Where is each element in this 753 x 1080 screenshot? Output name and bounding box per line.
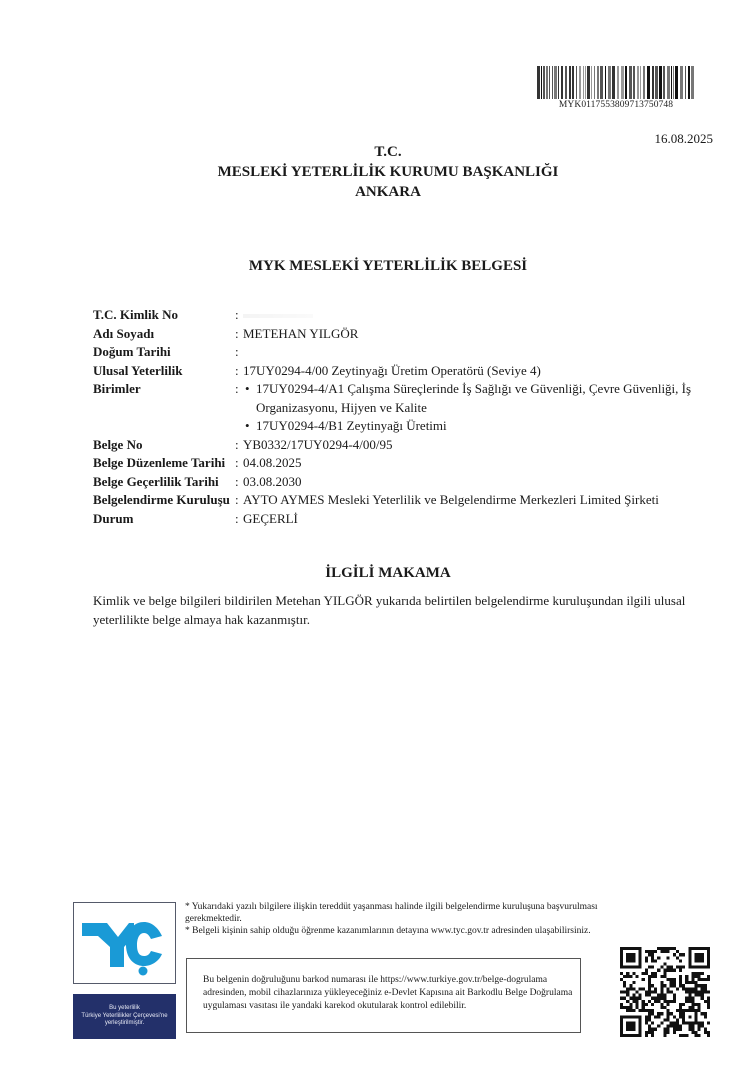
footnote-1: * Yukarıdaki yazılı bilgilere ilişkin te…	[185, 901, 605, 925]
institution-header: T.C. MESLEKİ YETERLİLİK KURUMU BAŞKANLIĞ…	[0, 142, 753, 202]
row-belge-no: Belge No : YB0332/17UY0294-4/00/95	[93, 436, 733, 455]
value-gecerlilik-tarihi: 03.08.2030	[243, 473, 733, 492]
label-kurulus: Belgelendirme Kuruluşu	[93, 491, 235, 510]
birim-item: 17UY0294-4/B1 Zeytinyağı Üretimi	[243, 417, 733, 436]
ilgili-makama-title: İLGİLİ MAKAMA	[0, 565, 753, 582]
header-line-tc: T.C.	[0, 142, 753, 162]
colon: :	[235, 491, 243, 510]
verification-line-1: Bu belgenin doğruluğunu barkod numarası …	[203, 974, 580, 987]
tyc-logo	[73, 902, 176, 984]
row-dogum-tarihi: Doğum Tarihi :	[93, 343, 733, 362]
footnotes: * Yukarıdaki yazılı bilgilere ilişkin te…	[185, 901, 605, 937]
document-title: MYK MESLEKİ YETERLİLİK BELGESİ	[0, 258, 753, 275]
colon: :	[235, 473, 243, 492]
certificate-info-table: T.C. Kimlik No : Adı Soyadı : METEHAN YI…	[93, 306, 733, 528]
value-dogum-tarihi	[243, 343, 733, 362]
birim-item: 17UY0294-4/A1 Çalışma Süreçlerinde İş Sa…	[243, 380, 733, 417]
tyc-badge: Bu yeterlilik Türkiye Yeterlilikler Çerç…	[73, 994, 176, 1039]
barcode-number: MYK0117553809713750748	[536, 100, 696, 110]
value-durum: GEÇERLİ	[243, 510, 733, 529]
tyc-badge-line: Türkiye Yeterlilikler Çerçevesi'ne	[73, 1013, 176, 1021]
value-birimler: 17UY0294-4/A1 Çalışma Süreçlerinde İş Sa…	[243, 380, 733, 436]
colon: :	[235, 343, 243, 362]
tyc-logo-icon	[74, 903, 174, 982]
value-ulusal-yeterlilik: 17UY0294-4/00 Zeytinyağı Üretim Operatör…	[243, 362, 733, 381]
label-duzenleme-tarihi: Belge Düzenleme Tarihi	[93, 454, 235, 473]
tyc-badge-line: Bu yeterlilik	[73, 1005, 176, 1013]
colon: :	[235, 510, 243, 529]
colon: :	[235, 362, 243, 381]
label-adi-soyadi: Adı Soyadı	[93, 325, 235, 344]
value-duzenleme-tarihi: 04.08.2025	[243, 454, 733, 473]
value-belge-no: YB0332/17UY0294-4/00/95	[243, 436, 733, 455]
header-line-city: ANKARA	[0, 182, 753, 202]
ilgili-makama-body: Kimlik ve belge bilgileri bildirilen Met…	[93, 591, 733, 629]
colon: :	[235, 325, 243, 344]
qr-code[interactable]	[620, 947, 710, 1037]
barcode-bars	[536, 66, 696, 99]
value-adi-soyadi: METEHAN YILGÖR	[243, 325, 733, 344]
verification-line-3: uygulaması vasıtası ile yandaki karekod …	[203, 1000, 580, 1013]
label-gecerlilik-tarihi: Belge Geçerlilik Tarihi	[93, 473, 235, 492]
footnote-2: * Belgeli kişinin sahip olduğu öğrenme k…	[185, 925, 605, 937]
verification-box: Bu belgenin doğruluğunu barkod numarası …	[186, 958, 581, 1033]
row-tc-kimlik-no: T.C. Kimlik No :	[93, 306, 733, 325]
value-kurulus: AYTO AYMES Mesleki Yeterlilik ve Belgele…	[243, 491, 733, 510]
verification-line-2: adresinden, mobil cihazlarınıza yükleyec…	[203, 987, 580, 1000]
value-tc-kimlik-no	[243, 306, 733, 325]
row-durum: Durum : GEÇERLİ	[93, 510, 733, 529]
label-dogum-tarihi: Doğum Tarihi	[93, 343, 235, 362]
label-ulusal-yeterlilik: Ulusal Yeterlilik	[93, 362, 235, 381]
tyc-badge-line: yerleştirilmiştir.	[73, 1020, 176, 1028]
colon: :	[235, 436, 243, 455]
row-gecerlilik-tarihi: Belge Geçerlilik Tarihi : 03.08.2030	[93, 473, 733, 492]
row-adi-soyadi: Adı Soyadı : METEHAN YILGÖR	[93, 325, 733, 344]
label-durum: Durum	[93, 510, 235, 529]
barcode: MYK0117553809713750748	[536, 66, 696, 110]
row-duzenleme-tarihi: Belge Düzenleme Tarihi : 04.08.2025	[93, 454, 733, 473]
colon: :	[235, 380, 243, 436]
label-tc-kimlik-no: T.C. Kimlik No	[93, 306, 235, 325]
row-kurulus: Belgelendirme Kuruluşu : AYTO AYMES Mesl…	[93, 491, 733, 510]
header-line-institution: MESLEKİ YETERLİLİK KURUMU BAŞKANLIĞI	[0, 162, 753, 182]
row-ulusal-yeterlilik: Ulusal Yeterlilik : 17UY0294-4/00 Zeytin…	[93, 362, 733, 381]
colon: :	[235, 306, 243, 325]
birimler-list: 17UY0294-4/A1 Çalışma Süreçlerinde İş Sa…	[243, 380, 733, 436]
colon: :	[235, 454, 243, 473]
label-birimler: Birimler	[93, 380, 235, 436]
redacted-field	[243, 314, 313, 318]
row-birimler: Birimler : 17UY0294-4/A1 Çalışma Süreçle…	[93, 380, 733, 436]
label-belge-no: Belge No	[93, 436, 235, 455]
